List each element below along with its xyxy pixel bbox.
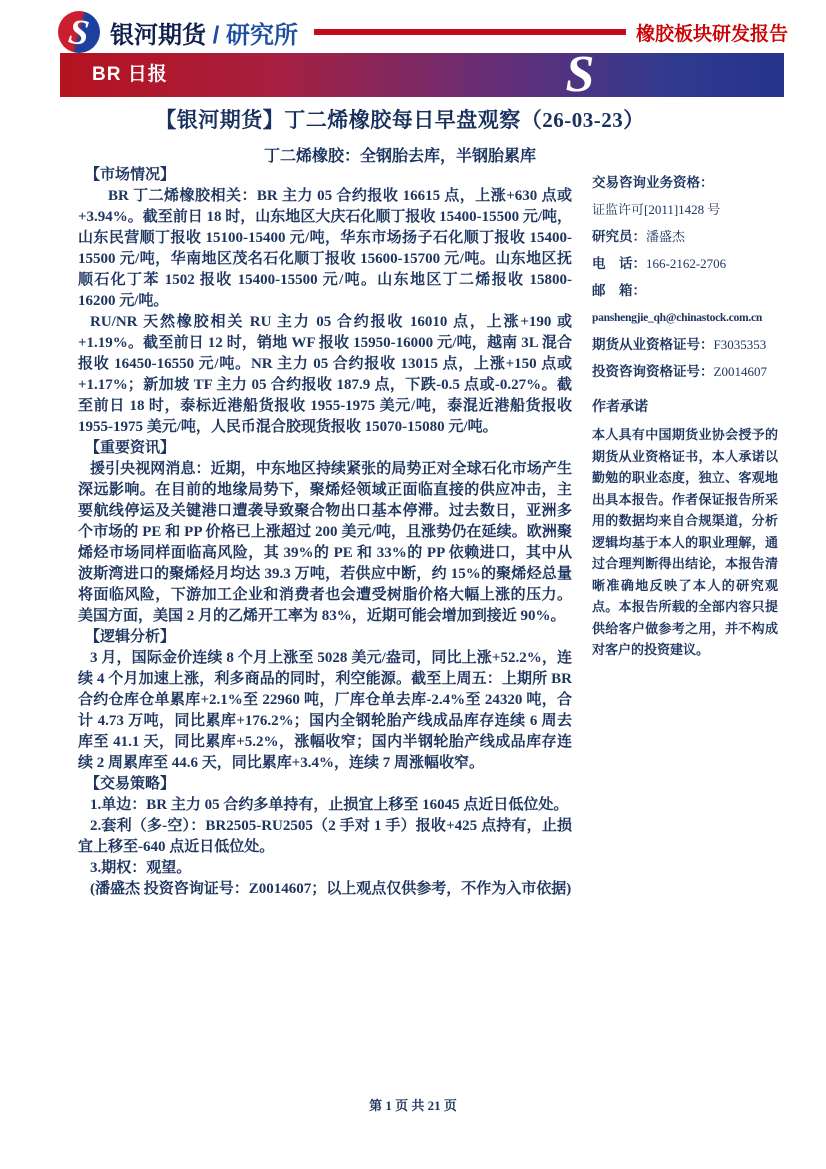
qualification-label: 交易咨询业务资格： <box>592 175 778 191</box>
strategy-disclaimer: (潘盛杰 投资咨询证号：Z0014607；以上观点仅供参考，不作为入市依据) <box>78 879 572 900</box>
advisory-cert-label: 投资咨询资格证号： <box>592 364 714 379</box>
header-red-rule <box>314 29 626 35</box>
futures-cert-row: 期货从业资格证号：F3035353 <box>592 337 778 353</box>
author-promise-title: 作者承诺 <box>592 400 778 416</box>
page-title: 【银河期货】丁二烯橡胶每日早盘观察（26-03-23） <box>80 104 720 134</box>
email-label: 邮 箱： <box>592 283 778 299</box>
strategy-item-options: 3.期权：观望。 <box>78 858 572 879</box>
strategy-item-arbitrage: 2.套利（多-空）：BR2505-RU2505（2 手对 1 手）报收+425 … <box>78 816 572 858</box>
logic-paragraph: 3 月，国际金价连续 8 个月上涨至 5028 美元/盎司，同比上涨+52.2%… <box>78 648 572 774</box>
page-number: 第 1 页 共 21 页 <box>0 1095 826 1114</box>
section-heading-strategy: 【交易策略】 <box>78 774 572 795</box>
author-sidebar: 交易咨询业务资格： 证监许可[2011]1428 号 研究员：潘盛杰 电 话：1… <box>592 165 778 900</box>
logo-division-name: / 研究所 <box>206 22 298 49</box>
galaxy-futures-logo-icon: S <box>58 11 100 53</box>
futures-cert-number: F3035353 <box>714 337 767 352</box>
advisory-cert-number: Z0014607 <box>714 364 767 379</box>
news-paragraph: 援引央视网消息：近期，中东地区持续紧张的局势正对全球石化市场产生深远影响。在目前… <box>78 459 572 627</box>
market-paragraph-br: BR 丁二烯橡胶相关：BR 主力 05 合约报收 16615 点，上涨+630 … <box>78 186 572 312</box>
phone-number: 166-2162-2706 <box>646 256 726 271</box>
logo-wordmark: 银河期货 / 研究所 <box>110 15 298 50</box>
report-type-banner: BR 日报 S <box>60 53 784 97</box>
strategy-item-unilateral: 1.单边：BR 主力 05 合约多单持有，止损宜上移至 16045 点近日低位处… <box>78 795 572 816</box>
section-heading-logic: 【逻辑分析】 <box>78 627 572 648</box>
author-promise-text: 本人具有中国期货业协会授予的期货从业资格证书，本人承诺以勤勉的职业态度，独立、客… <box>592 424 778 661</box>
phone-row: 电 话：166-2162-2706 <box>592 256 778 272</box>
section-news: 【重要资讯】 援引央视网消息：近期，中东地区持续紧张的局势正对全球石化市场产生深… <box>78 438 572 627</box>
content-area: 【市场情况】 BR 丁二烯橡胶相关：BR 主力 05 合约报收 16615 点，… <box>78 165 778 900</box>
researcher-row: 研究员：潘盛杰 <box>592 229 778 245</box>
qualification-value: 证监许可[2011]1428 号 <box>592 202 778 218</box>
banner-swirl-icon: S <box>560 46 600 104</box>
advisory-cert-row: 投资咨询资格证号：Z0014607 <box>592 364 778 380</box>
report-page: S 银河期货 / 研究所 橡胶板块研发报告 BR 日报 S 【银河期货】丁二烯橡… <box>0 0 826 1169</box>
section-market: 【市场情况】 BR 丁二烯橡胶相关：BR 主力 05 合约报收 16615 点，… <box>78 165 572 438</box>
page-subtitle: 丁二烯橡胶：全钢胎去库，半钢胎累库 <box>80 143 720 166</box>
report-category-tag: 橡胶板块研发报告 <box>636 19 788 46</box>
logo-company-name: 银河期货 <box>110 22 206 49</box>
section-heading-market: 【市场情况】 <box>78 165 572 186</box>
section-heading-news: 【重要资讯】 <box>78 438 572 459</box>
section-logic: 【逻辑分析】 3 月，国际金价连续 8 个月上涨至 5028 美元/盎司，同比上… <box>78 627 572 774</box>
title-block: 【银河期货】丁二烯橡胶每日早盘观察（26-03-23） 丁二烯橡胶：全钢胎去库，… <box>80 104 720 166</box>
researcher-label: 研究员： <box>592 229 646 244</box>
market-paragraph-ru-nr: RU/NR 天然橡胶相关 RU 主力 05 合约报收 16010 点，上涨+19… <box>78 312 572 438</box>
futures-cert-label: 期货从业资格证号： <box>592 337 714 352</box>
phone-label: 电 话： <box>592 256 646 271</box>
page-header: S 银河期货 / 研究所 橡胶板块研发报告 <box>58 10 788 54</box>
report-body: 【市场情况】 BR 丁二烯橡胶相关：BR 主力 05 合约报收 16615 点，… <box>78 165 572 900</box>
banner-title: BR 日报 <box>92 53 168 97</box>
section-strategy: 【交易策略】 1.单边：BR 主力 05 合约多单持有，止损宜上移至 16045… <box>78 774 572 900</box>
logo-swirl-icon: S <box>62 9 96 54</box>
email-address: panshengjie_qh@chinastock.com.cn <box>592 310 778 326</box>
researcher-name: 潘盛杰 <box>646 229 685 244</box>
